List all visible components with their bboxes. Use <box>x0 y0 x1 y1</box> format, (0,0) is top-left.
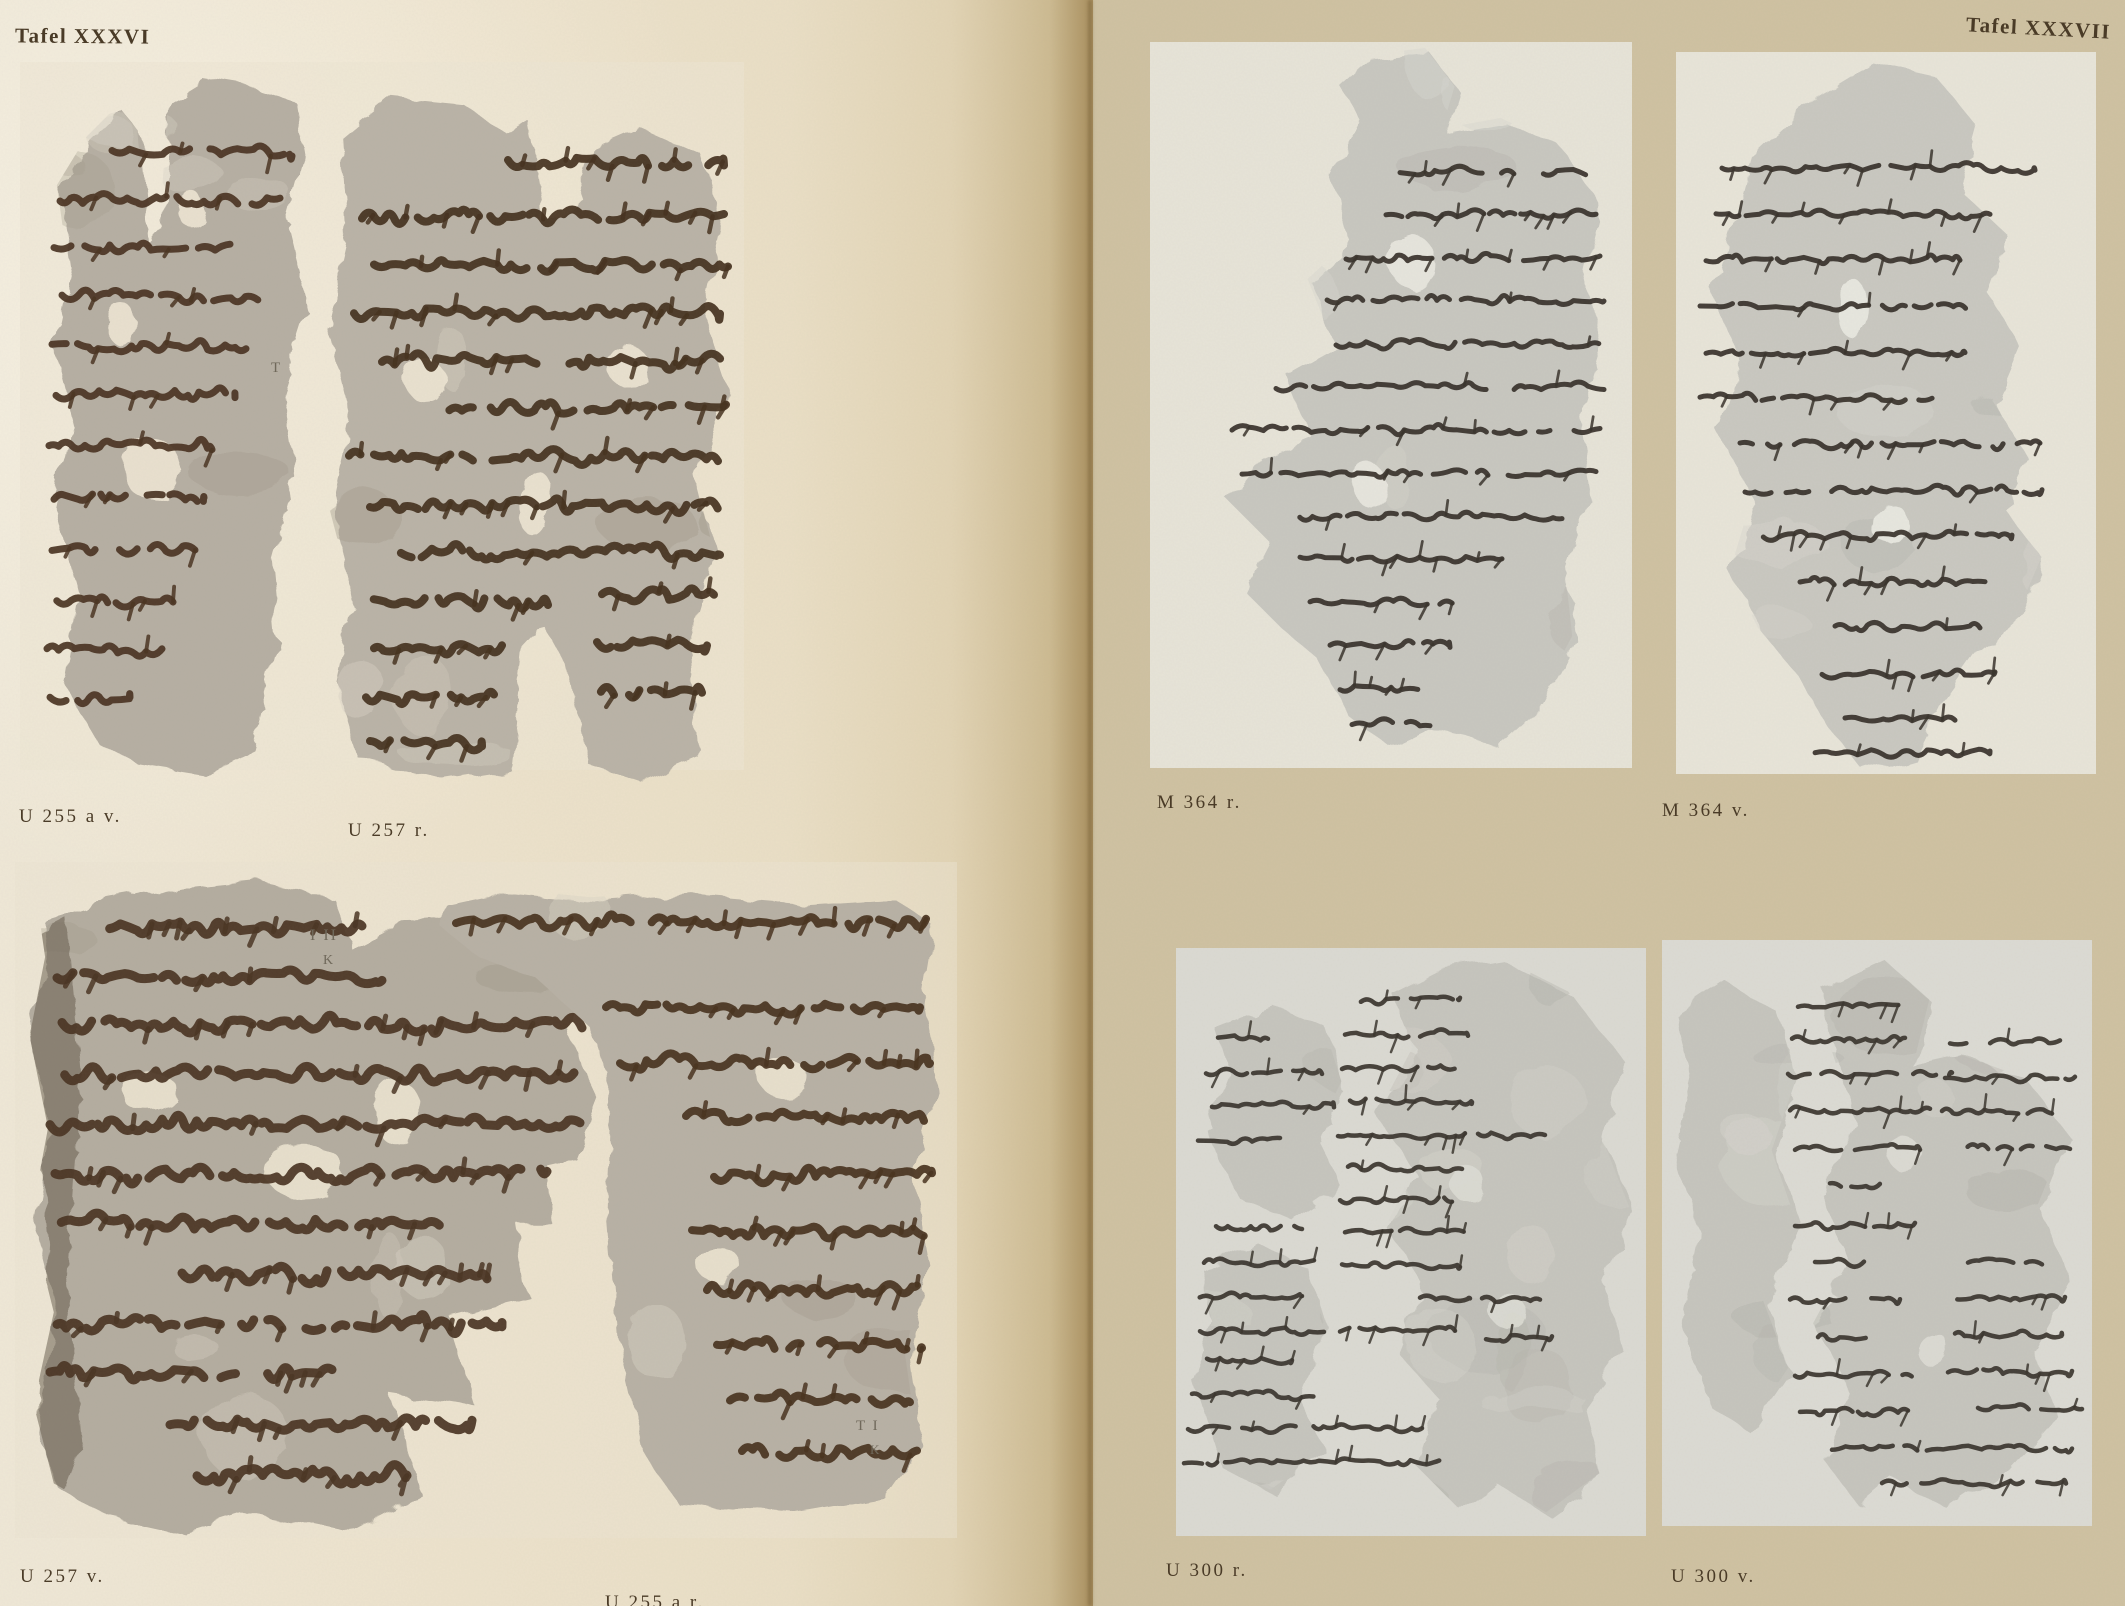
paper-mottle <box>1962 1165 2047 1208</box>
plate-title-left: Tafel XXXVI <box>15 23 151 49</box>
caption-u257-v: U 257 v. <box>20 1566 105 1588</box>
archive-mark-4: K <box>870 1442 881 1457</box>
paper-mottle <box>198 1389 284 1474</box>
script-stroke-ticks <box>1588 337 1590 346</box>
paper-mottle <box>593 494 693 545</box>
caption-u255a-r: U 255 a r. <box>605 1592 705 1606</box>
fragment-hole <box>1884 1134 1917 1167</box>
book-photo: TI IIKT IK Tafel XXXVI Tafel XXXVII U 25… <box>0 0 2125 1606</box>
archive-mark-2: K <box>323 953 335 968</box>
paper-mottle <box>1396 141 1513 186</box>
fragment-hole <box>1350 461 1384 503</box>
caption-m364-v: M 364 v. <box>1662 800 1750 822</box>
script-line <box>1340 686 1418 691</box>
manuscript-plates: TI IIKT IK <box>0 0 2125 1606</box>
fragment-hole <box>1484 1288 1520 1322</box>
archive-mark-1: I II <box>310 927 338 944</box>
caption-u257-r: U 257 r. <box>348 820 430 842</box>
paper-mottle <box>1507 1062 1581 1136</box>
paper-mottle <box>185 446 285 490</box>
archive-mark-0: T <box>271 360 282 376</box>
paper-mottle <box>1402 1304 1470 1377</box>
fragment-hole <box>694 1243 736 1280</box>
paper-mottle <box>1475 1388 1589 1410</box>
paper-mottle <box>155 155 221 189</box>
caption-u255a-v: U 255 a v. <box>19 806 122 828</box>
manuscript-fragment-u255av <box>35 78 305 770</box>
fragment-hole <box>102 299 133 341</box>
archive-mark-3: T I <box>856 1418 880 1434</box>
caption-u300-r: U 300 r. <box>1166 1560 1248 1582</box>
caption-m364-r: M 364 r. <box>1157 792 1242 814</box>
caption-u300-v: U 300 v. <box>1671 1566 1756 1588</box>
script-stroke-ticks <box>146 636 148 651</box>
script-stroke-ticks <box>1946 619 1947 629</box>
paper-mottle <box>624 1301 682 1376</box>
fragment-hole <box>1913 1329 1946 1362</box>
paper-mottle <box>170 1333 216 1358</box>
script-stroke-ticks <box>667 636 669 646</box>
paper-mottle <box>1502 1220 1550 1279</box>
paper-mottle <box>1833 379 1927 433</box>
script-stroke-ticks <box>1361 1161 1363 1170</box>
paper-mottle <box>390 651 449 732</box>
